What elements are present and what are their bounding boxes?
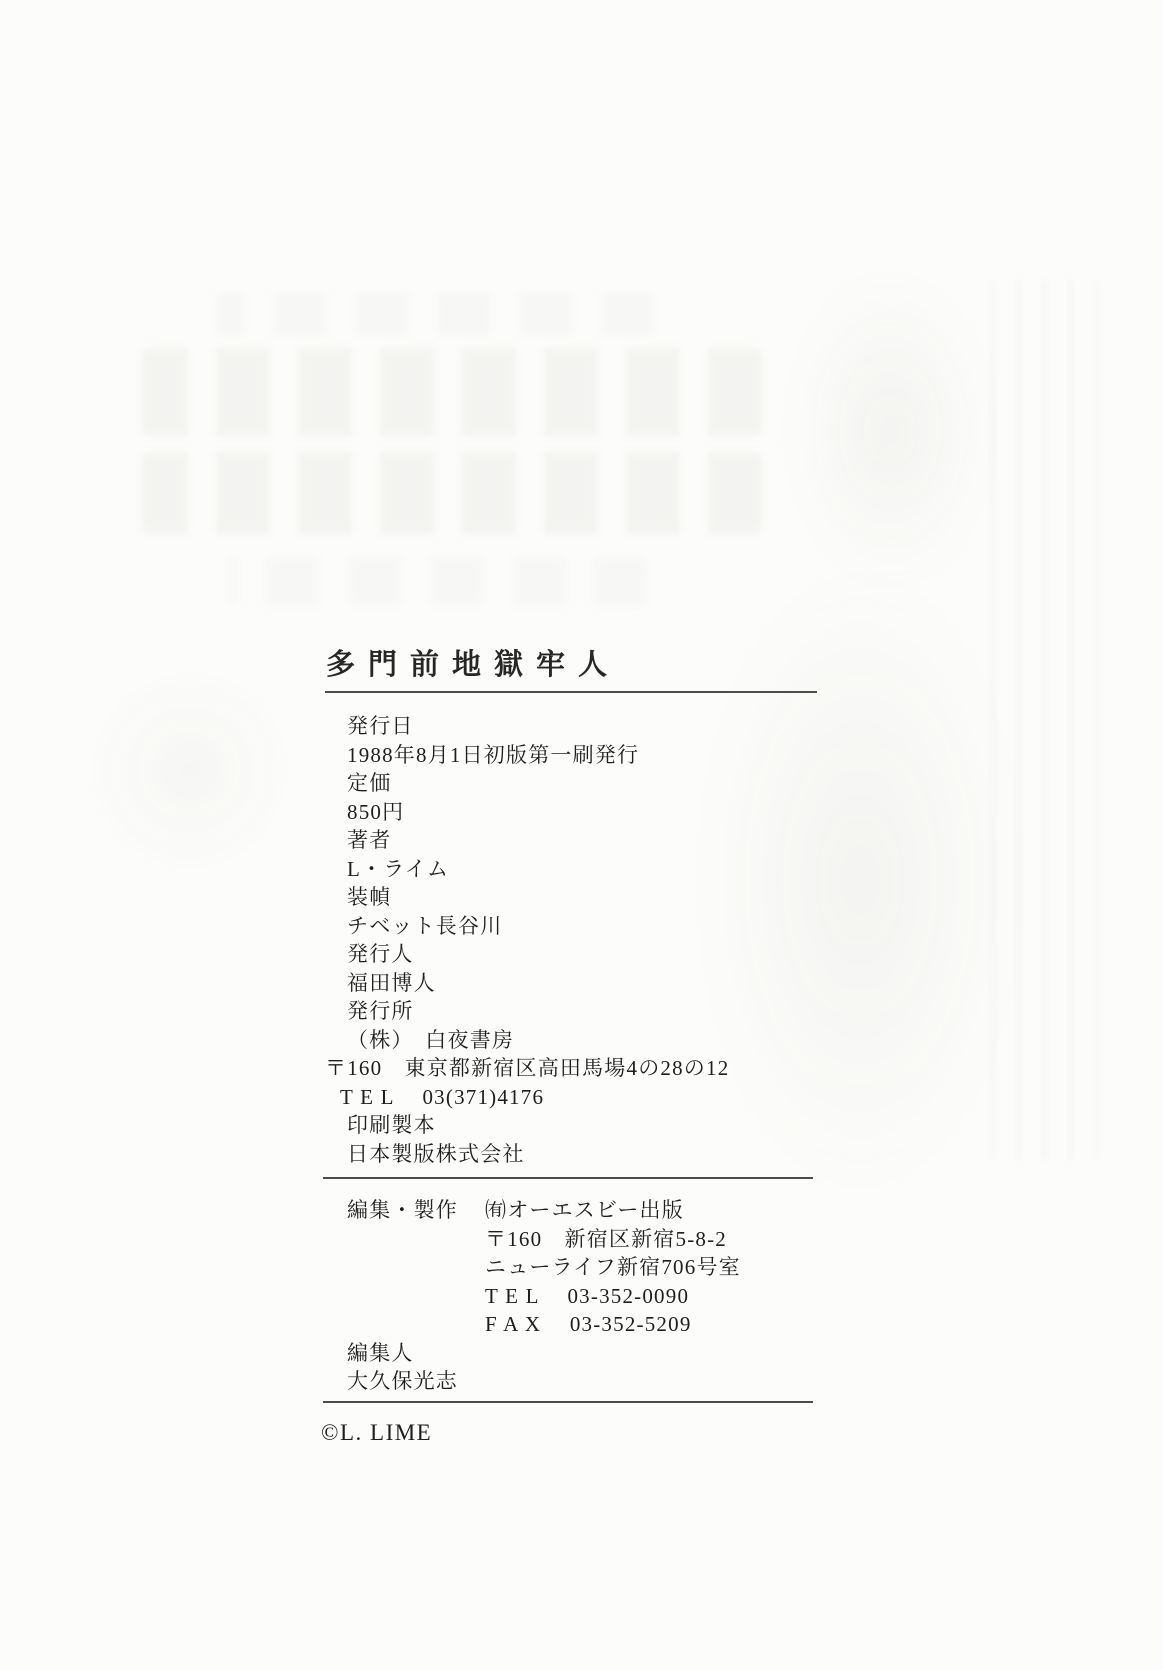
showthrough-vertical-strokes (990, 280, 1100, 1160)
showthrough-caption-text (228, 556, 648, 606)
page-title: 多門前地獄牢人 (326, 648, 620, 682)
footer-divider-rule (323, 1401, 813, 1403)
colophon-line-publisher-label: 発行所 (347, 997, 729, 1026)
colophon-line-issue-date-value: 1988年8月1日初版第一刷発行 (347, 741, 729, 770)
colophon-line-printer-value: 日本製版株式会社 (347, 1140, 729, 1169)
production-company: ㈲オーエスビー出版 (485, 1196, 684, 1225)
colophon-line-issue-date-label: 発行日 (347, 712, 729, 741)
colophon-line-author-label: 著者 (347, 826, 729, 855)
showthrough-large-letters-row1 (142, 348, 762, 436)
colophon-line-design-label: 装幀 (347, 883, 729, 912)
showthrough-small-text (215, 292, 655, 336)
colophon-line-design-value: チベット長谷川 (347, 912, 729, 941)
production-address-line1: 〒160 新宿区新宿5-8-2 (347, 1225, 741, 1254)
production-label: 編集・製作 (347, 1196, 485, 1225)
editor-label: 編集人 (347, 1339, 741, 1368)
copyright-line: ©L. LIME (321, 1419, 432, 1447)
colophon-line-publisher-value: （株） 白夜書房 (347, 1026, 729, 1055)
showthrough-figure-body (690, 560, 1030, 1200)
colophon-line-author-value: L・ライム (347, 855, 729, 884)
colophon-line-price-label: 定価 (347, 769, 729, 798)
showthrough-large-letters-row2 (142, 452, 762, 534)
colophon-line-printer-label: 印刷製本 (347, 1111, 729, 1140)
colophon-line-price-value: 850円 (347, 798, 729, 827)
production-block: 編集・製作 ㈲オーエスビー出版 〒160 新宿区新宿5-8-2 ニューライフ新宿… (347, 1196, 741, 1396)
production-address-line2: ニューライフ新宿706号室 (347, 1253, 741, 1282)
colophon-line-publisher-person-value: 福田博人 (347, 969, 729, 998)
title-underline-rule (325, 691, 817, 693)
colophon-line-publisher-address: 〒160 東京都新宿区高田馬場4の28の12 (325, 1054, 729, 1083)
production-fax: F A X 03-352-5209 (347, 1310, 741, 1339)
colophon-line-publisher-person-label: 発行人 (347, 940, 729, 969)
editor-name: 大久保光志 (347, 1367, 741, 1396)
section-divider-rule (323, 1177, 813, 1179)
scanned-book-page: 多門前地獄牢人 発行日 1988年8月1日初版第一刷発行 定価 850円 著者 … (0, 0, 1163, 1670)
showthrough-lower-left-marks (80, 660, 300, 880)
colophon-line-publisher-tel: T E L 03(371)4176 (340, 1083, 729, 1112)
showthrough-figure-head (780, 265, 1000, 595)
production-tel: T E L 03-352-0090 (347, 1282, 741, 1311)
colophon-block: 発行日 1988年8月1日初版第一刷発行 定価 850円 著者 L・ライム 装幀… (347, 712, 729, 1168)
